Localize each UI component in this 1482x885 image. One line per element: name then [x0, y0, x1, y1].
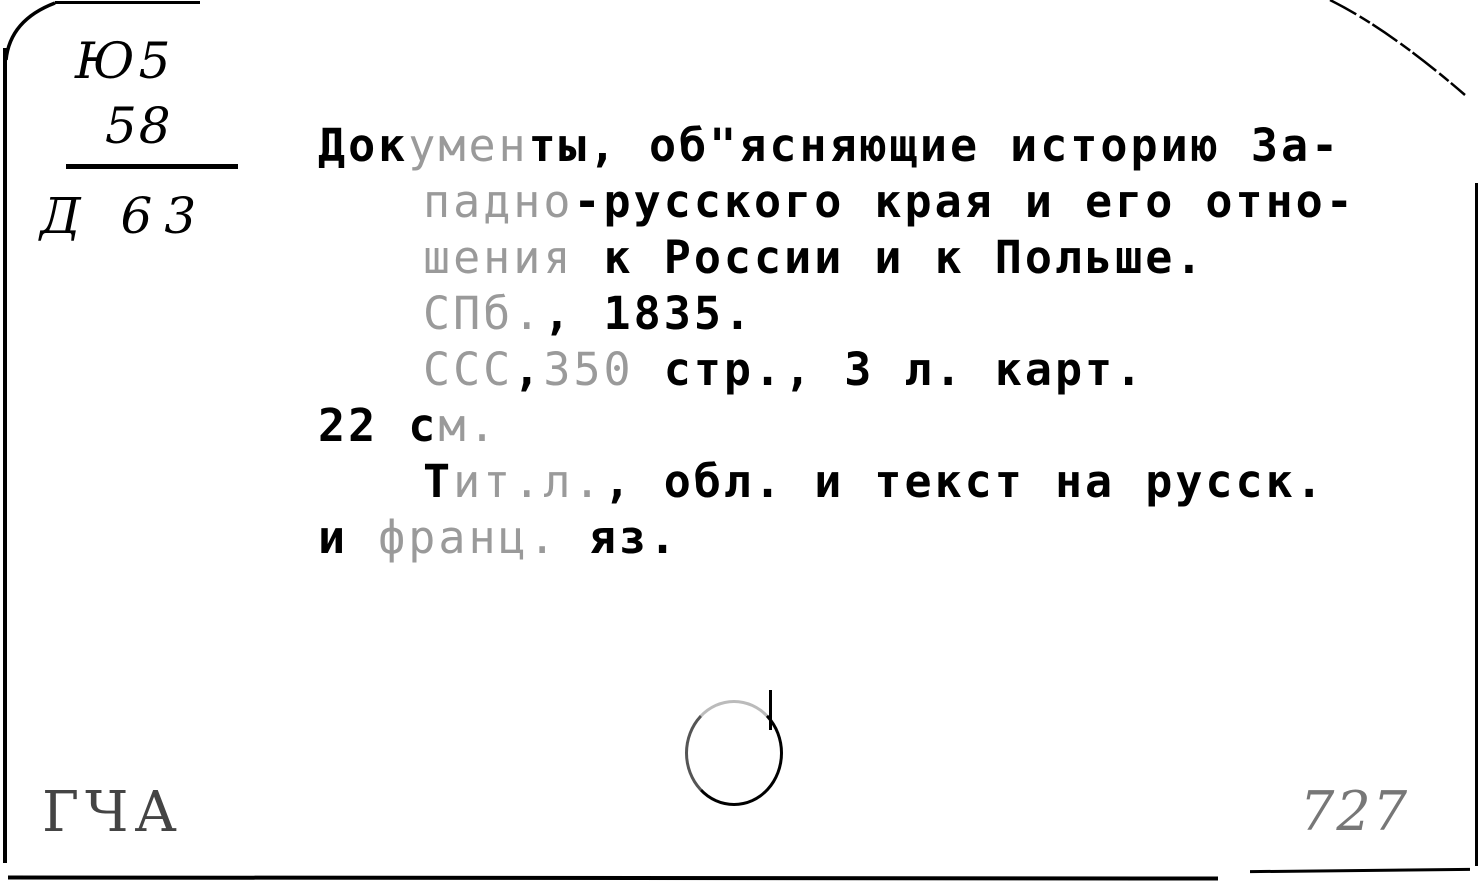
entry-text: ,	[513, 343, 543, 396]
entry-text: яз.	[559, 511, 679, 564]
entry-text: , обл. и текст на русск.	[604, 455, 1326, 508]
inventory-mark-left: ГЧА	[42, 780, 183, 845]
entry-line: Документы, об"ясняющие историю За-	[318, 118, 1356, 174]
entry-line: Тит.л., обл. и текст на русск.	[318, 454, 1356, 510]
call-number-line-3: Д 63	[40, 187, 208, 245]
entry-text: стр., 3 л. карт.	[634, 343, 1146, 396]
call-number-line-1: Ю5	[75, 32, 174, 90]
faded-text: СПб.	[423, 287, 543, 340]
entry-text: Т	[423, 455, 453, 508]
entry-text: 22 с	[318, 399, 438, 452]
entry-text: ты, об"ясняющие историю За-	[529, 119, 1342, 172]
catalog-card: Ю5 58 Д 63 Документы, об"ясняющие истори…	[0, 0, 1482, 885]
faded-text: па	[423, 175, 483, 228]
entry-text: Док	[318, 119, 408, 172]
faded-text: ум	[408, 119, 468, 172]
faded-text: франц.	[378, 511, 559, 564]
card-edge-right	[1475, 183, 1478, 866]
stamp-tick-mark	[769, 690, 772, 730]
entry-line: ССС,350 стр., 3 л. карт.	[318, 342, 1356, 398]
call-number-line-2: 58	[105, 97, 173, 155]
entry-text: и	[318, 511, 378, 564]
bibliographic-entry: Документы, об"ясняющие историю За-падно-…	[318, 118, 1356, 566]
entry-text: к России и к Польше.	[573, 231, 1205, 284]
inventory-mark-right: 727	[1300, 780, 1409, 843]
entry-line: шения к России и к Польше.	[318, 230, 1356, 286]
card-edge-bottom	[8, 875, 1218, 880]
call-number-divider	[66, 164, 238, 169]
card-edge-left	[3, 48, 7, 863]
entry-text: , 1835.	[543, 287, 754, 340]
card-edge-top	[55, 1, 200, 4]
faded-text: шения	[423, 231, 573, 284]
entry-line: 22 см.	[318, 398, 1356, 454]
entry-line: СПб., 1835.	[318, 286, 1356, 342]
entry-line: и франц. яз.	[318, 510, 1356, 566]
faded-text: ССС	[423, 343, 513, 396]
faded-text: дно	[483, 175, 573, 228]
card-edge-bottom-right	[1250, 868, 1470, 873]
faded-text: ит.л.	[453, 455, 603, 508]
faded-text: м.	[438, 399, 498, 452]
faded-text: 350	[543, 343, 633, 396]
entry-line: падно-русского края и его отно-	[318, 174, 1356, 230]
entry-text: -русского края и его отно-	[573, 175, 1355, 228]
faded-text: ен	[468, 119, 528, 172]
